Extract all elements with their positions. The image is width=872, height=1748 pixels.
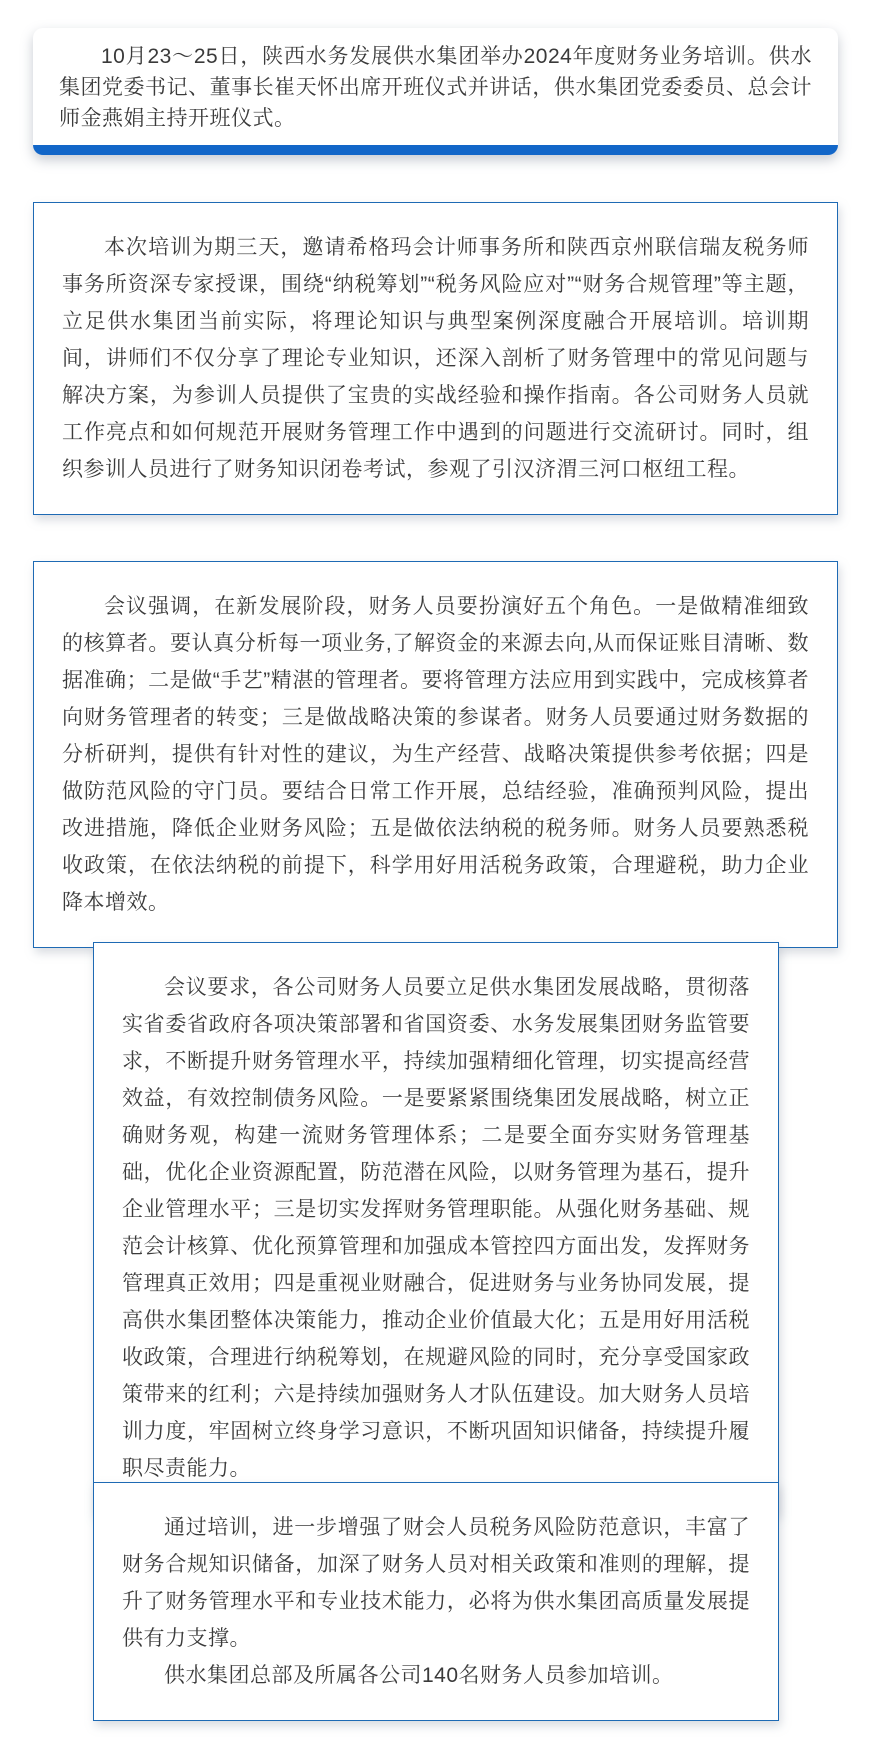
intro-accent-bar: [33, 145, 838, 155]
meeting-requirements-text: 会议要求，各公司财务人员要立足供水集团发展战略，贯彻落实省委省政府各项决策部署和…: [122, 969, 750, 1487]
training-overview-text: 本次培训为期三天，邀请希格玛会计师事务所和陕西京州联信瑞友税务师事务所资深专家授…: [62, 229, 809, 488]
section-meeting-emphasis: 会议强调，在新发展阶段，财务人员要扮演好五个角色。一是做精准细致的核算者。要认真…: [33, 561, 838, 948]
training-participants-text: 供水集团总部及所属各公司140名财务人员参加培训。: [122, 1657, 750, 1694]
intro-text: 10月23～25日，陕西水务发展供水集团举办2024年度财务业务培训。供水集团党…: [33, 28, 838, 145]
section-meeting-requirements: 会议要求，各公司财务人员要立足供水集团发展战略，贯彻落实省委省政府各项决策部署和…: [93, 942, 779, 1514]
article-page: 10月23～25日，陕西水务发展供水集团举办2024年度财务业务培训。供水集团党…: [0, 0, 872, 1748]
training-results-text: 通过培训，进一步增强了财会人员税务风险防范意识，丰富了财务合规知识储备，加深了财…: [122, 1509, 750, 1657]
meeting-emphasis-text: 会议强调，在新发展阶段，财务人员要扮演好五个角色。一是做精准细致的核算者。要认真…: [62, 588, 809, 921]
section-training-overview: 本次培训为期三天，邀请希格玛会计师事务所和陕西京州联信瑞友税务师事务所资深专家授…: [33, 202, 838, 515]
intro-card: 10月23～25日，陕西水务发展供水集团举办2024年度财务业务培训。供水集团党…: [33, 28, 838, 155]
section-training-results: 通过培训，进一步增强了财会人员税务风险防范意识，丰富了财务合规知识储备，加深了财…: [93, 1482, 779, 1721]
